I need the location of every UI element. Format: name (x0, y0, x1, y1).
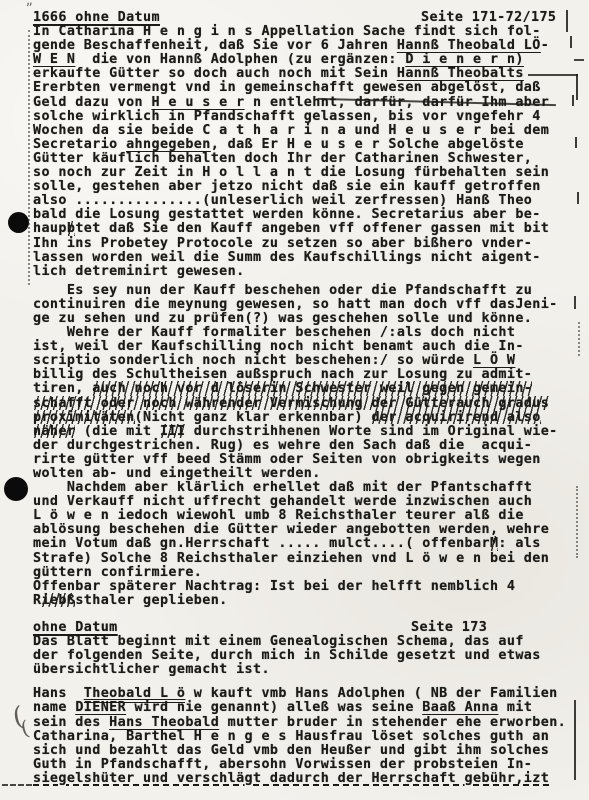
page-number: Seite 171-72/175 (421, 11, 556, 25)
text: lassen worden weil die Summ des Kaufschi… (33, 250, 541, 265)
text-line: continuiren die meynung gewesen, so hatt… (33, 298, 581, 312)
text-line: tiren, auch noch vor d löserin Schwester… (33, 382, 581, 396)
text-line: übersichtlicher gemacht ist. (33, 663, 581, 677)
text: Geld dazu von (33, 95, 151, 110)
underlined-text: Baaß Anna (422, 700, 498, 715)
text: - (541, 38, 549, 53)
margin-stroke (578, 322, 580, 356)
underlined-text: Hans Theobald (109, 715, 219, 730)
struck-text: III (160, 425, 185, 439)
text: Nachdem aber klärlich erhellet daß mit d… (33, 480, 532, 495)
text: mit (498, 700, 532, 715)
text: ge zu sehen und zu prüfen(?) was gescheh… (33, 311, 532, 326)
text-line: Wochen da sie beide C a t h a r i n a un… (33, 124, 581, 138)
struck-text: proximitäten (33, 411, 135, 425)
text-line: haupbtet daß Sie den Kauff angeben vff o… (33, 222, 581, 236)
typewritten-text: 1666 ohne DatumSeite 171-72/175In Cathar… (33, 11, 581, 786)
text-line: name DIENER wird nie genannt) alleß was … (33, 701, 581, 715)
text: sthaler geplieben. (75, 593, 227, 608)
text: (Nicht ganz klar erkennbar) (135, 410, 372, 425)
text: wolten ab- und eingetheilt werden. (33, 466, 321, 481)
struck-text: b (67, 222, 75, 236)
ink-blot-dot (8, 212, 29, 233)
text: continuiren die meynung gewesen, so hatt… (33, 297, 558, 312)
margin-stroke (570, 36, 572, 48)
text: durchstrihhenen Worte sind im Original w… (185, 424, 557, 439)
margin-stroke (574, 296, 576, 309)
text: lich detreminirt gewesen. (33, 264, 245, 279)
underline-mark (528, 74, 578, 76)
margin-stroke (566, 10, 568, 32)
margin-dotted-line (28, 30, 30, 285)
text-line: proximitäten(Nicht ganz klar erkennbar) … (33, 411, 581, 425)
text: der durchgestrichen. Rug) es wehre den S… (33, 438, 532, 453)
text-line: näher (die mit III durchstrihhenen Worte… (33, 425, 581, 439)
text-line: Das Blatt beginnt mit einem Genealogisch… (33, 635, 581, 649)
margin-stroke (577, 192, 579, 204)
text-line: wolten ab- und eingetheilt werden. (33, 467, 581, 481)
struck-text: iebß (41, 594, 75, 608)
margin-stroke (576, 74, 578, 100)
underlined-text: ahngegeben (126, 137, 211, 152)
text-line: der durchgestrichen. Rug) es wehre den S… (33, 439, 581, 453)
underlined-text: L Ö W (473, 353, 515, 368)
text: solle, gestehen aber jetzo nicht daß sie… (33, 179, 541, 194)
text: tet daß Sie den Kauff angeben vff offene… (75, 221, 549, 236)
text: ist, weil der Kaufschilling noch nicht b… (33, 339, 524, 354)
text: und Verkauff nicht uffrecht gehandelt we… (33, 494, 532, 509)
text: Strafe) Solche 8 Reichsthaler einziehen … (33, 551, 549, 566)
struck-text: auch noch vor d löserin Schwester weil g… (92, 382, 532, 396)
text: Das Blatt beginnt mit einem Genealogisch… (33, 634, 524, 649)
document-page: 1666 ohne DatumSeite 171-72/175In Cathar… (0, 0, 589, 800)
text-line: so noch zur Zeit in H o l l a n t die Lo… (33, 166, 581, 180)
struck-text: schafft oder noch währender Vermischung … (33, 397, 549, 411)
text: (die mit (75, 424, 160, 439)
text: Ererbten vermengt vnd in gemeinschafft g… (33, 80, 541, 95)
text: Guth in Pfandschafft, abersohn Vorwissen… (33, 757, 532, 772)
section-heading: ohne Datum (33, 620, 118, 635)
text: Gütter käuflich behalten doch Ihr der Ca… (33, 151, 532, 166)
section-heading: 1666 ohne Datum (33, 10, 160, 25)
text: sein des (33, 715, 109, 730)
text: Wehre der Kauff formaliter beschehen /:a… (33, 325, 515, 340)
text: scriptio sonderlich noch nicht beschehen… (33, 353, 473, 368)
underlined-text: Hannß Theobald LÖ (397, 38, 541, 53)
text-line: güttern confirmiere. (33, 566, 581, 580)
text: tiren, (33, 381, 92, 396)
dash-mark (574, 59, 584, 61)
dashed-line-mark (2, 784, 32, 786)
text-line: Offenbar späterer Nachtrag: Ist bei der … (33, 580, 581, 594)
text: Ihn ins Probetey Protocole zu setzen so … (33, 236, 532, 251)
text-line: Es sey nun der Kauff beschehen oder die … (33, 284, 581, 298)
text: Catharina, Barthel H e n g e s Hausfrau … (33, 729, 549, 744)
text-line: Secretario ahngegeben, daß Er H e u s e … (33, 138, 581, 152)
ink-blot-dot (4, 477, 28, 501)
text: : als (498, 536, 540, 551)
text: name (33, 700, 75, 715)
text: mein Votum daß gn.Herrschaft ..... mulct… (33, 536, 490, 551)
margin-stroke (574, 700, 576, 780)
text: gende Beschaffenheit, daß Sie vor 6 Jahr… (33, 38, 397, 53)
text-line: rirte gütter vff beed Stämm oder Seiten … (33, 453, 581, 467)
text: rirte gütter vff beed Stämm oder Seiten … (33, 452, 541, 467)
underlined-text: DIENER (75, 700, 126, 715)
text-line: Riebßsthaler geplieben. (33, 594, 581, 608)
text-line: lich detreminirt gewesen. (33, 265, 581, 279)
text: haup (33, 221, 67, 236)
text-line: Guth in Pfandschafft, abersohn Vorwissen… (33, 758, 581, 772)
text: Offenbar späterer Nachtrag: Ist bei der … (33, 579, 515, 594)
margin-stroke (576, 486, 578, 558)
pencil-paren: ( (19, 717, 31, 738)
text-line: Ihn ins Probetey Protocole zu setzen so … (33, 237, 581, 251)
text-line: siegelshüter und verschlägt dadurch der … (33, 772, 581, 786)
struck-text: M (490, 537, 498, 551)
text-line: schafft oder noch währender Vermischung … (33, 397, 581, 411)
text: solche wirklich in Pfandschafft gelassen… (33, 109, 541, 124)
text-line: lassen worden weil die Summ des Kaufschi… (33, 251, 581, 265)
text: übersichtlicher gemacht ist. (33, 662, 270, 677)
text-line: mein Votum daß gn.Herrschaft ..... mulct… (33, 537, 581, 551)
pencil-mark: ” (25, 2, 33, 17)
dash-underlined-text: siegelshüter und verschlägt dadurch der … (33, 771, 549, 786)
margin-stroke (572, 95, 574, 106)
struck-text: näher (33, 425, 75, 439)
underlined-text: H e u s e r (151, 95, 244, 110)
text: Secretario (33, 137, 126, 152)
text: also ...............(unleserlich weil ze… (33, 193, 532, 208)
text-line: solche wirklich in Pfandschafft gelassen… (33, 110, 581, 124)
text: der folgenden Seite, durch mich in Schil… (33, 648, 541, 663)
page-number: Seite 173 (411, 621, 487, 635)
text-line: Catharina, Barthel H e n g e s Hausfrau … (33, 730, 581, 744)
text-line: sich und bezahlt das Geld vmb den Heußer… (33, 744, 581, 758)
text-line: ohne DatumSeite 173 (33, 621, 581, 635)
text: In Catharina H e n g i n s Appellation S… (33, 24, 541, 39)
text-line: sein des Hans Theobald mutter bruder in … (33, 716, 581, 730)
struck-text: der acquirirend also (371, 411, 540, 425)
text: mutter bruder in stehender ehe erworben. (219, 715, 566, 730)
text-line: ge zu sehen und zu prüfen(?) was gescheh… (33, 312, 581, 326)
text: so noch zur Zeit in H o l l a n t die Lo… (33, 165, 549, 180)
margin-stroke (575, 137, 577, 148)
text: , daß Er H e u s e r Solche abgelöste (211, 137, 524, 152)
text: güttern confirmiere. (33, 565, 202, 580)
text: wird nie genannt) alleß was seine (126, 700, 422, 715)
text: Wochen da sie beide C a t h a r i n a un… (33, 123, 549, 138)
text: sich und bezahlt das Geld vmb den Heußer… (33, 743, 549, 758)
text: Es sey nun der Kauff beschehen oder die … (33, 283, 532, 298)
text-line: Ererbten vermengt vnd in gemeinschafft g… (33, 81, 581, 95)
text-line: Gütter käuflich behalten doch Ihr der Ca… (33, 152, 581, 166)
text-line: Strafe) Solche 8 Reichsthaler einziehen … (33, 552, 581, 566)
text-line: 1666 ohne DatumSeite 171-72/175 (33, 11, 581, 25)
